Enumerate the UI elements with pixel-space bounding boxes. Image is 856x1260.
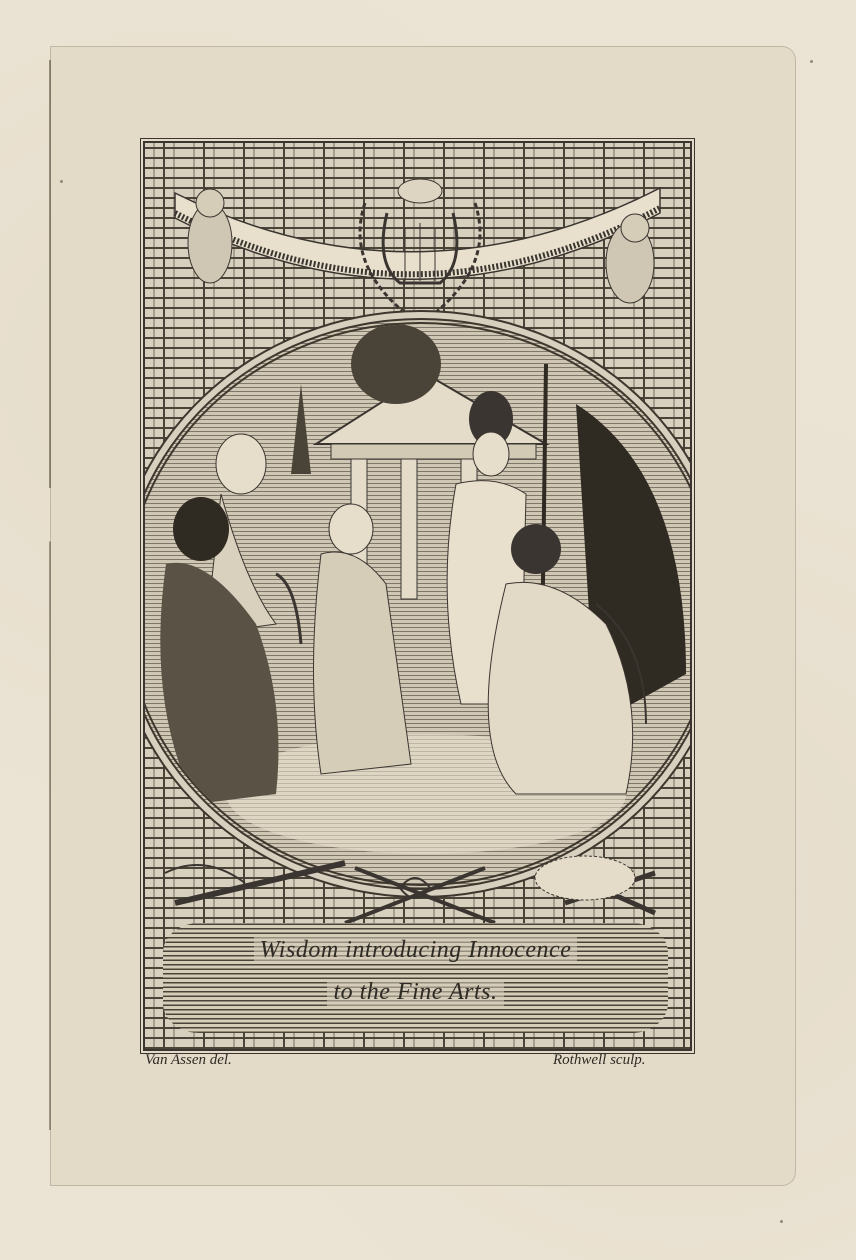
engraver-credit: Rothwell sculp. [553, 1052, 646, 1069]
plate-edge-mark [49, 60, 51, 1130]
medallion-scene [143, 318, 692, 890]
paper-speck [780, 1220, 783, 1223]
title-cartouche: Wisdom introducing Innocence to the Fine… [163, 923, 668, 1033]
designer-credit: Van Assen del. [145, 1052, 232, 1069]
drapery-swag-with-lyre [165, 173, 670, 323]
paper-speck [60, 180, 63, 183]
engraving-frame: Wisdom introducing Innocence to the Fine… [143, 141, 692, 1051]
title-line-1: Wisdom introducing Innocence [254, 937, 578, 964]
bottom-trophy-ornament [145, 843, 690, 933]
paper-speck [810, 60, 813, 63]
title-line-2: to the Fine Arts. [327, 979, 503, 1006]
